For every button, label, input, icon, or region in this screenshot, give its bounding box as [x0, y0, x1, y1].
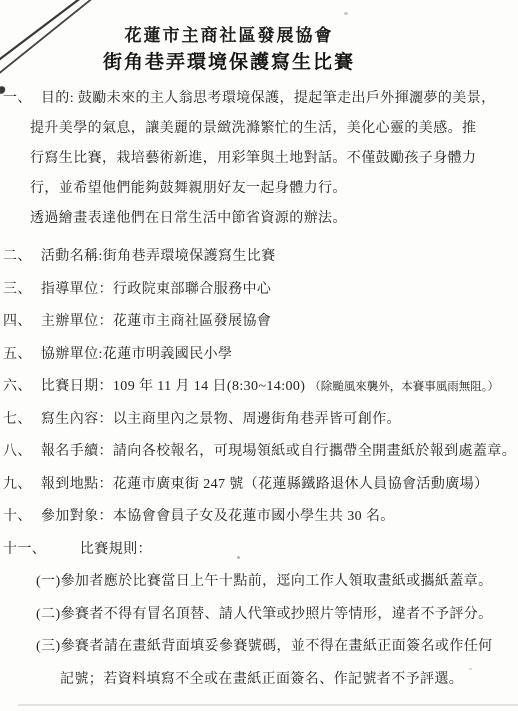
document-body: 一、 目的: 鼓勵未來的主人翁思考環境保護，提起筆走出戶外揮灑夢的美景， 提升美… — [3, 84, 518, 696]
document-line: 透過繪畫表達他們在日常生活中節省資源的辦法。 — [3, 204, 518, 234]
document-subtitle: 街角巷弄環境保護寫生比賽 — [0, 50, 458, 76]
line-text: 目的: 鼓勵未來的主人翁思考環境保護，提起筆走出戶外揮灑夢的美景， — [41, 91, 496, 106]
document-line: 行，並希望他們能夠鼓舞親朋好友一起身體力行。 — [3, 174, 518, 204]
document-line: 記號；若資料填寫不全或在畫紙正面簽名、作記號者不予評選。 — [3, 664, 518, 697]
document-line: 六、 比賽日期：109 年 11 月 14 日(8:30~14:00) （除颱風… — [3, 371, 518, 404]
document-line: (一)參加者應於比賽當日上午十點前，逕向工作人領取畫紙或攜紙蓋章。 — [3, 566, 518, 599]
list-number: 三、 — [3, 274, 37, 307]
line-text: 寫生內容：以主商里內之景物、周邊街角巷弄皆可創作。 — [41, 412, 401, 427]
scan-speck — [344, 12, 348, 15]
list-number: 九、 — [3, 469, 37, 502]
list-number: 六、 — [3, 371, 37, 404]
document-header: 花蓮市主商社區發展協會 街角巷弄環境保護寫生比賽 — [0, 24, 458, 76]
line-text: 活動名稱:街角巷弄環境保護寫生比賽 — [41, 249, 276, 264]
document-line: 一、 目的: 鼓勵未來的主人翁思考環境保護，提起筆走出戶外揮灑夢的美景， — [3, 84, 518, 114]
document-line: 九、 報到地點：花蓮市廣東街 247 號（花蓮縣鐵路退休人員協會活動廣場） — [3, 469, 518, 502]
document-line: 七、 寫生內容：以主商里內之景物、周邊街角巷弄皆可創作。 — [3, 404, 518, 437]
document-line: (三)參賽者請在畫紙背面填妥參賽號碼，並不得在畫紙正面簽名或作任何 — [3, 631, 518, 664]
document-line: 十、 參加對象：本協會會員子女及花蓮市國小學生共 30 名。 — [3, 501, 518, 534]
line-text: 參加對象：本協會會員子女及花蓮市國小學生共 30 名。 — [41, 509, 395, 524]
list-number: 七、 — [3, 404, 37, 437]
scan-bottom-edge — [18, 704, 518, 706]
list-number: 五、 — [3, 339, 37, 372]
line-text: 比賽規則： — [80, 542, 152, 557]
scanned-document-page: 花蓮市主商社區發展協會 街角巷弄環境保護寫生比賽 一、 目的: 鼓勵未來的主人翁… — [0, 0, 518, 711]
document-line: (二)參賽者不得有冒名頂替、請人代筆或抄照片等情形，違者不予評分。 — [3, 599, 518, 632]
list-number: 十一、 — [3, 534, 76, 567]
document-title: 花蓮市主商社區發展協會 — [0, 24, 458, 48]
line-text: 行，並希望他們能夠鼓舞親朋好友一起身體力行。 — [30, 181, 347, 196]
document-line: 四、 主辦單位：花蓮市主商社區發展協會 — [3, 306, 518, 339]
document-line: 八、 報名手續：請向各校報名，可現場領紙或自行攜帶全開畫紙於報到處蓋章。 — [3, 436, 518, 469]
line-text: (一)參加者應於比賽當日上午十點前，逕向工作人領取畫紙或攜紙蓋章。 — [36, 574, 493, 589]
document-line: 二、 活動名稱:街角巷弄環境保護寫生比賽 — [3, 241, 518, 274]
line-text: (三)參賽者請在畫紙背面填妥參賽號碼，並不得在畫紙正面簽名或作任何 — [36, 639, 493, 654]
line-text: 協辦單位:花蓮市明義國民小學 — [41, 347, 233, 362]
document-line: 三、 指導單位：行政院東部聯合服務中心 — [3, 274, 518, 307]
line-text: 指導單位：行政院東部聯合服務中心 — [41, 282, 271, 297]
list-number: 二、 — [3, 241, 37, 274]
line-text: 報名手續：請向各校報名，可現場領紙或自行攜帶全開畫紙於報到處蓋章。 — [41, 444, 516, 459]
line-text: 比賽日期：109 年 11 月 14 日(8:30~14:00) — [41, 379, 305, 394]
line-text: (二)參賽者不得有冒名頂替、請人代筆或抄照片等情形，違者不予評分。 — [36, 607, 493, 622]
line-text-small: （除颱風來襲外，本賽事風雨無阻。） — [309, 381, 499, 393]
list-number: 八、 — [3, 436, 37, 469]
document-line: 五、 協辦單位:花蓮市明義國民小學 — [3, 339, 518, 372]
line-text: 行寫生比賽，栽培藝術新進，用彩筆與土地對話。不僅鼓勵孩子身體力 — [30, 151, 476, 166]
document-line: 十一、 比賽規則： — [3, 534, 518, 567]
line-text: 報到地點：花蓮市廣東街 247 號（花蓮縣鐵路退休人員協會活動廣場） — [41, 477, 489, 492]
list-number: 四、 — [3, 306, 37, 339]
document-line: 行寫生比賽，栽培藝術新進，用彩筆與土地對話。不僅鼓勵孩子身體力 — [3, 144, 518, 174]
line-text: 主辦單位：花蓮市主商社區發展協會 — [41, 314, 271, 329]
list-number: 一、 — [3, 84, 37, 114]
document-line: 提升美學的氣息，讓美麗的景緻洗滌繁忙的生活，美化心靈的美感。推 — [3, 114, 518, 144]
line-text: 記號；若資料填寫不全或在畫紙正面簽名、作記號者不予評選。 — [60, 672, 463, 687]
line-text: 提升美學的氣息，讓美麗的景緻洗滌繁忙的生活，美化心靈的美感。推 — [30, 121, 476, 136]
list-number: 十、 — [3, 501, 37, 534]
line-text: 透過繪畫表達他們在日常生活中節省資源的辦法。 — [30, 211, 347, 226]
